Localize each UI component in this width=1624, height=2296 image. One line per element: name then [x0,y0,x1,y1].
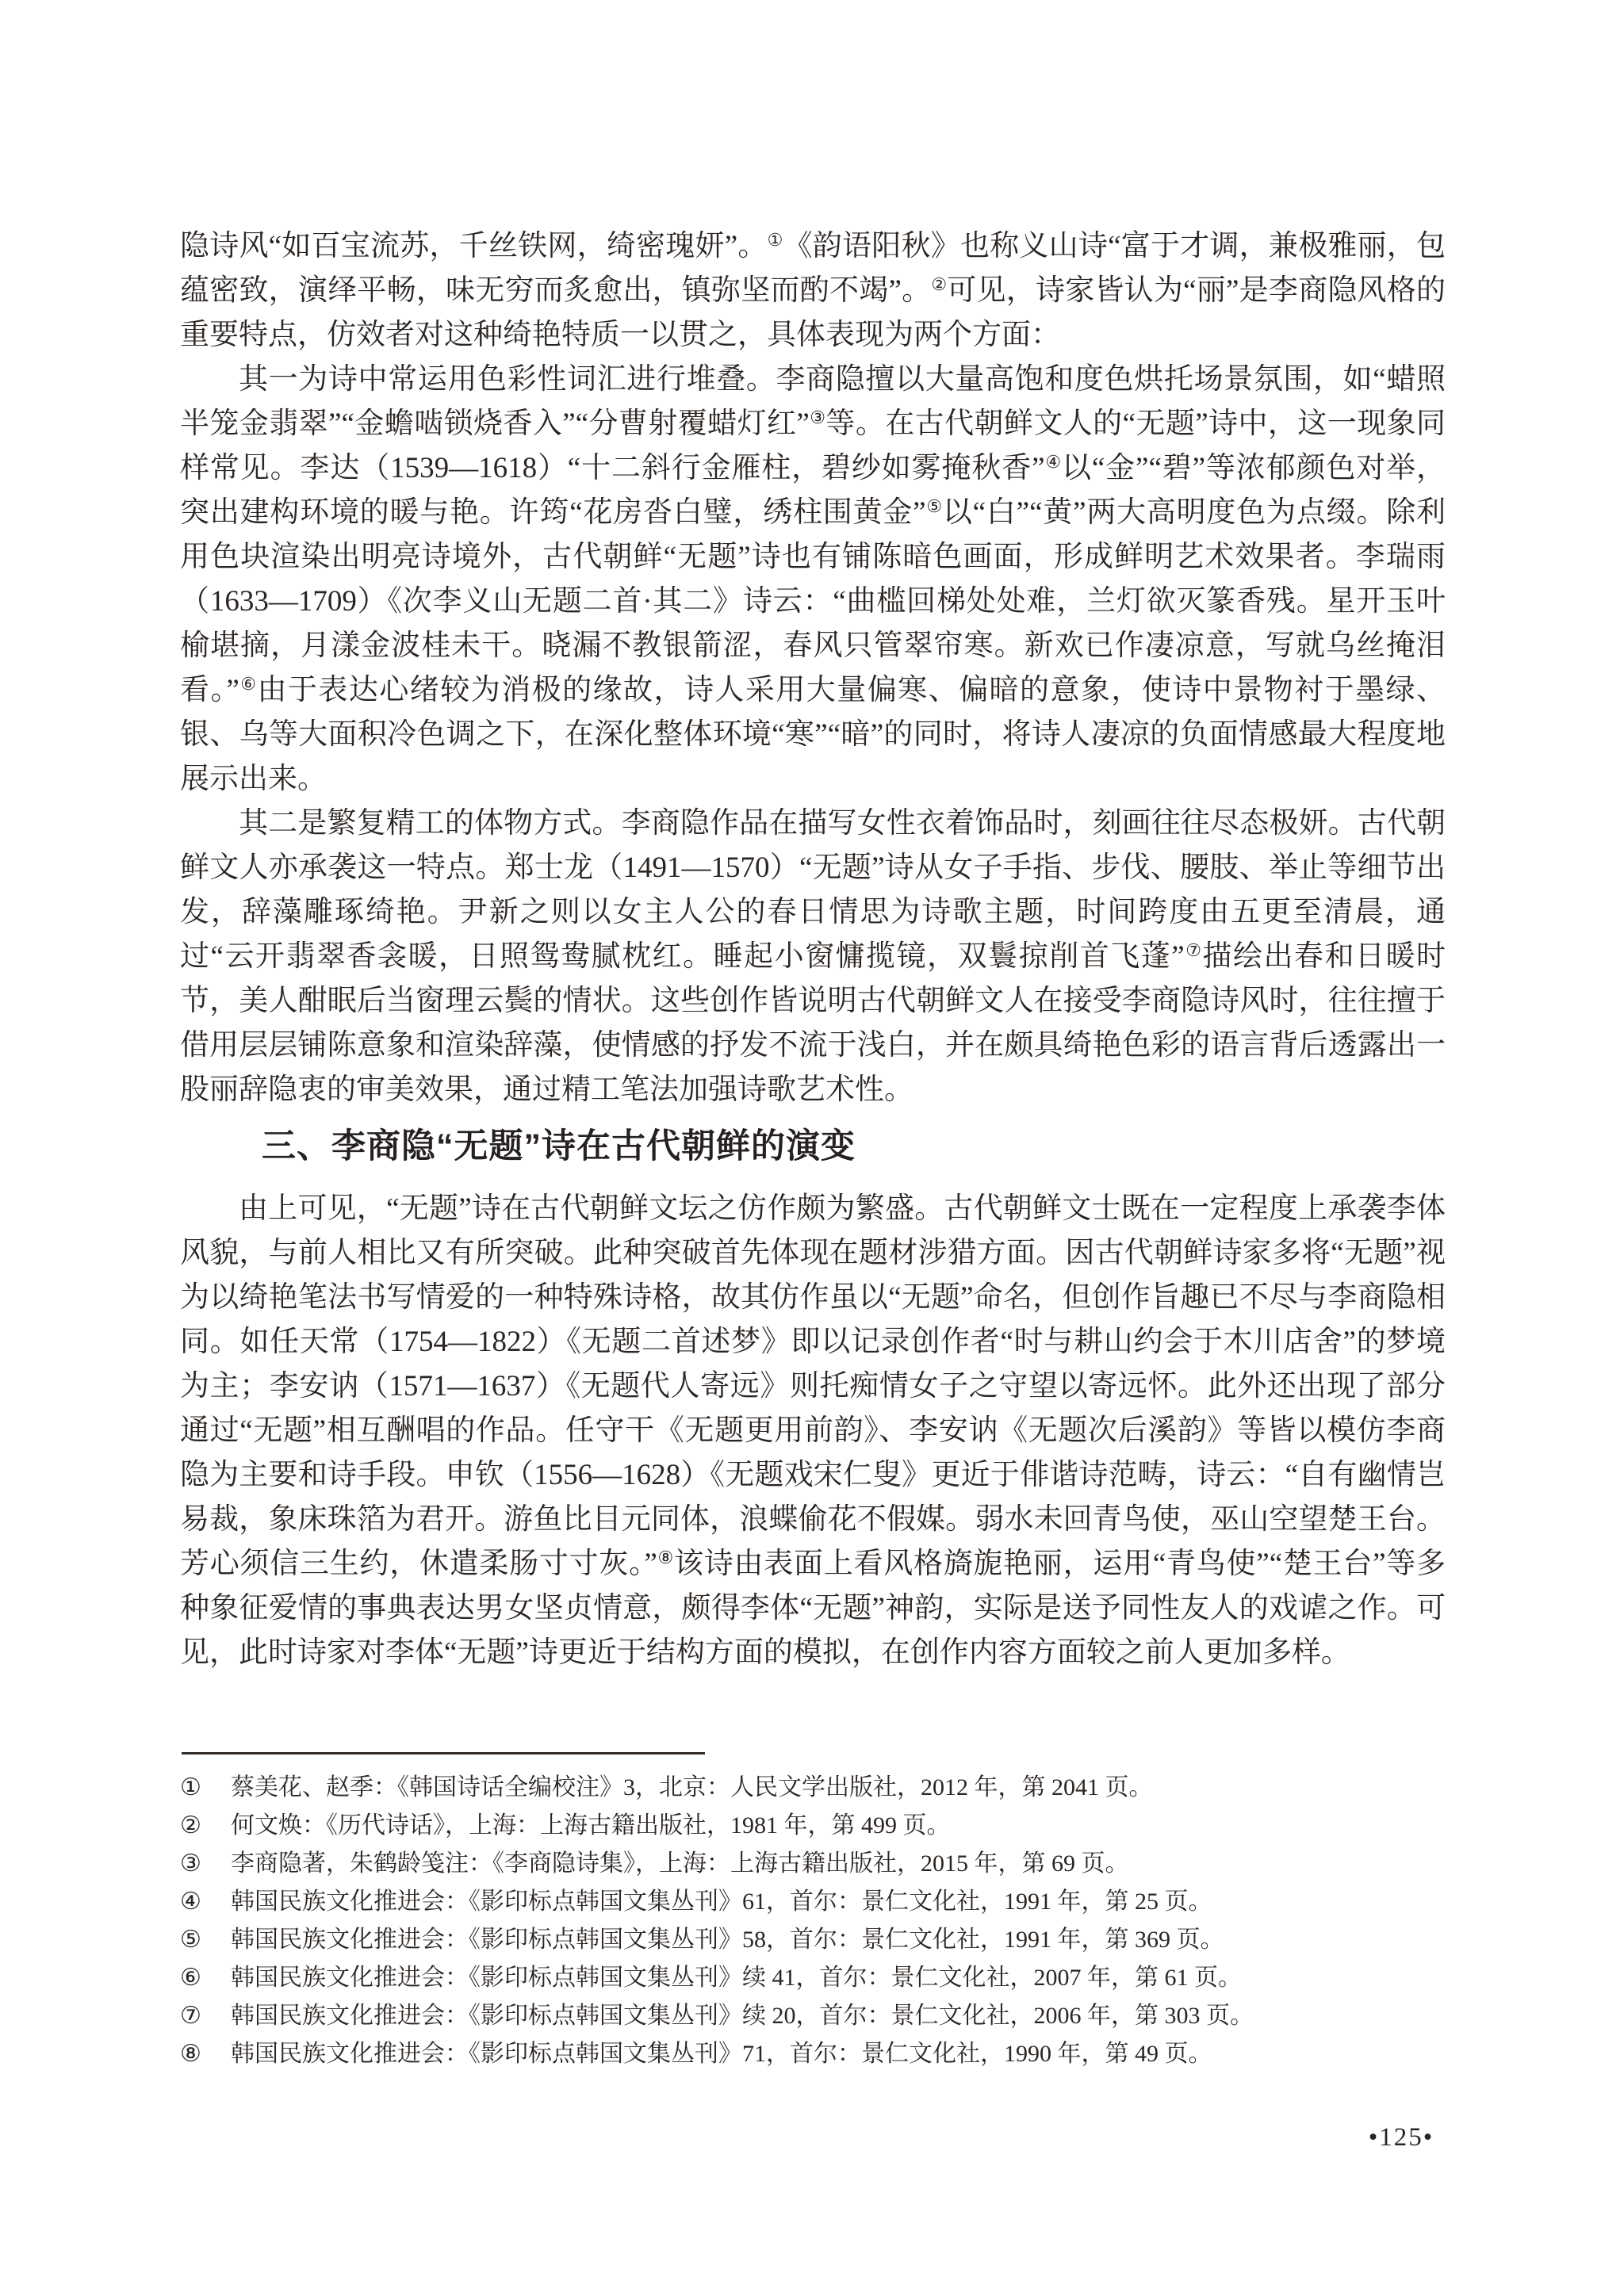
footnote-marker: ⑧ [180,2035,231,2073]
footnote: ③李商隐著，朱鹤龄笺注：《李商隐诗集》，上海：上海古籍出版社，2015 年，第 … [180,1845,1446,1883]
footnote: ②何文焕：《历代诗话》，上海：上海古籍出版社，1981 年，第 499 页。 [180,1807,1446,1845]
footnote-text: 韩国民族文化推进会：《影印标点韩国文集丛刊》71，首尔：景仁文化社，1990 年… [231,2035,1446,2073]
paragraph: 其二是繁复精工的体物方式。李商隐作品在描写女性衣着饰品时，刻画往往尽态极妍。古代… [180,802,1446,1112]
footnote-separator [182,1752,705,1755]
footnote-text: 何文焕：《历代诗话》，上海：上海古籍出版社，1981 年，第 499 页。 [231,1807,1446,1845]
footnote: ⑧韩国民族文化推进会：《影印标点韩国文集丛刊》71，首尔：景仁文化社，1990 … [180,2035,1446,2073]
paragraph-text: 隐诗风“如百宝流苏，千丝铁网，绮密瑰妍”。 [180,230,768,262]
footnote-marker: ② [180,1807,231,1845]
page-number: •125• [1346,2123,1457,2152]
footnote: ①蔡美花、赵季：《韩国诗话全编校注》3，北京：人民文学出版社，2012 年，第 … [180,1769,1446,1807]
footnote-text: 韩国民族文化推进会：《影印标点韩国文集丛刊》61，首尔：景仁文化社，1991 年… [231,1883,1446,1921]
paragraph-text: 由上可见，“无题”诗在古代朝鲜文坛之仿作颇为繁盛。古代朝鲜文士既在一定程度上承袭… [180,1192,1446,1580]
footnote-marker: ③ [180,1845,231,1883]
paragraph: 其一为诗中常运用色彩性词汇进行堆叠。李商隐擅以大量高饱和度色烘托场景氛围，如“蜡… [180,358,1446,802]
footnote-list: ①蔡美花、赵季：《韩国诗话全编校注》3，北京：人民文学出版社，2012 年，第 … [180,1769,1446,2073]
article-body: 隐诗风“如百宝流苏，千丝铁网，绮密瑰妍”。①《韵语阳秋》也称义山诗“富于才调，兼… [180,224,1446,1675]
footnote-marker: ④ [180,1883,231,1921]
footnote-marker: ⑦ [180,1997,231,2035]
document-page: 隐诗风“如百宝流苏，千丝铁网，绮密瑰妍”。①《韵语阳秋》也称义山诗“富于才调，兼… [0,0,1624,2296]
footnote: ④韩国民族文化推进会：《影印标点韩国文集丛刊》61，首尔：景仁文化社，1991 … [180,1883,1446,1921]
footnote-ref: ④ [1045,452,1062,472]
footnote-ref: ② [931,274,947,294]
footnote-ref: ⑦ [1185,940,1203,960]
footnote-ref: ③ [810,408,826,427]
paragraph: 隐诗风“如百宝流苏，千丝铁网，绮密瑰妍”。①《韵语阳秋》也称义山诗“富于才调，兼… [180,224,1446,358]
footnote-marker: ⑤ [180,1921,231,1959]
footnote-ref: ⑧ [657,1548,674,1567]
paragraph: 由上可见，“无题”诗在古代朝鲜文坛之仿作颇为繁盛。古代朝鲜文士既在一定程度上承袭… [180,1187,1446,1675]
footnote-text: 韩国民族文化推进会：《影印标点韩国文集丛刊》续 41，首尔：景仁文化社，2007… [231,1959,1446,1997]
footnote-text: 李商隐著，朱鹤龄笺注：《李商隐诗集》，上海：上海古籍出版社，2015 年，第 6… [231,1845,1446,1883]
section-heading: 三、李商隐“无题”诗在古代朝鲜的演变 [262,1123,1446,1169]
paragraph-text: 由于表达心绪较为消极的缘故，诗人采用大量偏寒、偏暗的意象，使诗中景物衬于墨绿、银… [180,674,1446,795]
footnote-text: 蔡美花、赵季：《韩国诗话全编校注》3，北京：人民文学出版社，2012 年，第 2… [231,1769,1446,1807]
footnote: ⑥韩国民族文化推进会：《影印标点韩国文集丛刊》续 41，首尔：景仁文化社，200… [180,1959,1446,1997]
footnote-marker: ⑥ [180,1959,231,1997]
footnote-ref: ⑤ [926,496,943,516]
footnote-text: 韩国民族文化推进会：《影印标点韩国文集丛刊》58，首尔：景仁文化社，1991 年… [231,1921,1446,1959]
footnote-text: 韩国民族文化推进会：《影印标点韩国文集丛刊》续 20，首尔：景仁文化社，2006… [231,1997,1446,2035]
footnote: ⑦韩国民族文化推进会：《影印标点韩国文集丛刊》续 20，首尔：景仁文化社，200… [180,1997,1446,2035]
footnote-ref: ⑥ [239,674,258,694]
footnote: ⑤韩国民族文化推进会：《影印标点韩国文集丛刊》58，首尔：景仁文化社，1991 … [180,1921,1446,1959]
footnote-marker: ① [180,1769,231,1807]
footnote-ref: ① [768,230,783,250]
footnotes-section: ①蔡美花、赵季：《韩国诗话全编校注》3，北京：人民文学出版社，2012 年，第 … [180,1741,1446,2073]
